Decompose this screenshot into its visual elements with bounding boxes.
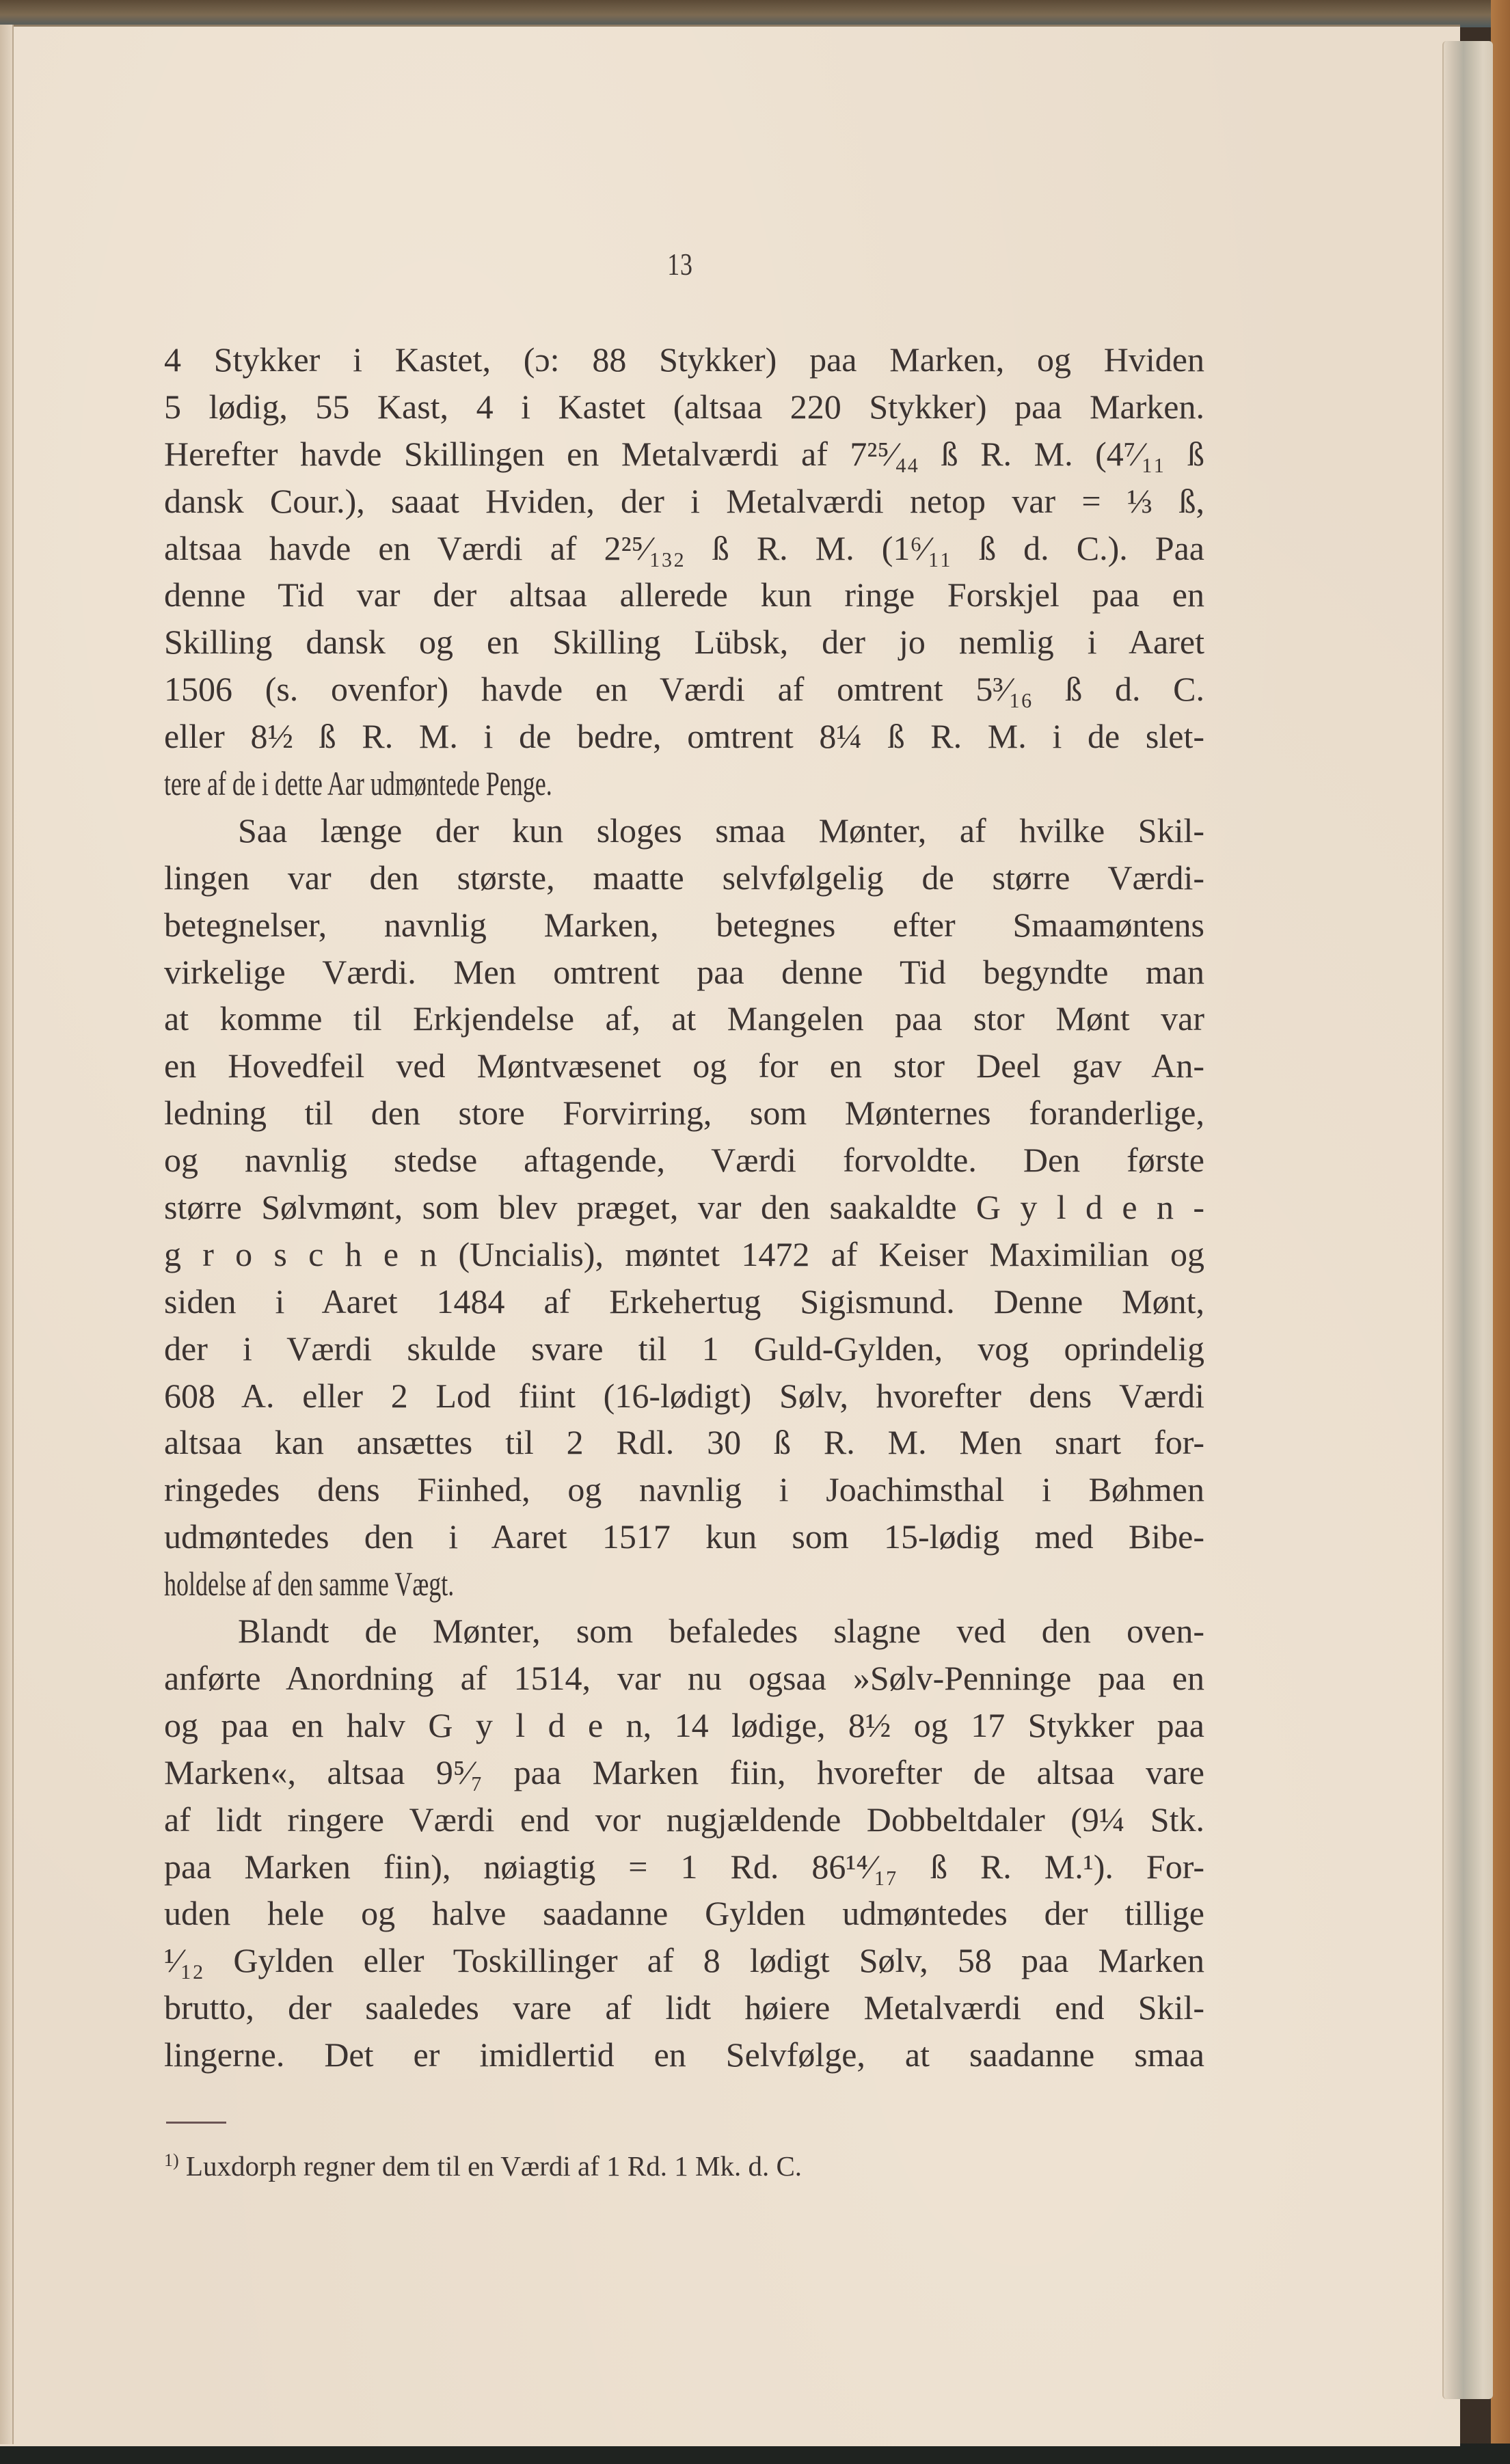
text-line: og paa en halv G y l d e n, 14 lødige, 8…	[164, 1702, 1204, 1749]
book-cover-top-edge	[0, 0, 1510, 27]
text-line: eller 8½ ß R. M. i de bedre, omtrent 8¼ …	[164, 713, 1204, 760]
page-number: 13	[662, 246, 699, 282]
text-line: udmøntedes den i Aaret 1517 kun som 15-l…	[164, 1513, 1204, 1560]
text-line: ¹⁄₁₂ Gylden eller Toskillinger af 8 lødi…	[164, 1937, 1204, 1984]
text-line: virkelige Værdi. Men omtrent paa denne T…	[164, 949, 1204, 996]
text-line: Herefter havde Skillingen en Metalværdi …	[164, 431, 1204, 478]
text-line: ledning til den store Forvirring, som Mø…	[164, 1089, 1204, 1137]
text-line: 608 A. eller 2 Lod fiint (16-lødigt) Søl…	[164, 1372, 1204, 1420]
text-line: uden hele og halve saadanne Gylden udmøn…	[164, 1890, 1204, 1937]
text-line: lingen var den største, maatte selvfølge…	[164, 854, 1204, 902]
footnote-marker: 1)	[164, 2150, 179, 2170]
text-line: Marken«, altsaa 9⁵⁄₇ paa Marken fiin, hv…	[164, 1749, 1204, 1796]
text-line: større Sølvmønt, som blev præget, var de…	[164, 1184, 1204, 1231]
text-line: betegnelser, navnlig Marken, betegnes ef…	[164, 902, 1204, 949]
text-line: 5 lødig, 55 Kast, 4 i Kastet (altsaa 220…	[164, 383, 1204, 431]
text-line: altsaa kan ansættes til 2 Rdl. 30 ß R. M…	[164, 1419, 1204, 1466]
text-line: der i Værdi skulde svare til 1 Guld-Gyld…	[164, 1325, 1204, 1372]
text-line: af lidt ringere Værdi end vor nugjældend…	[164, 1796, 1204, 1843]
text-line: lingerne. Det er imidlertid en Selvfølge…	[164, 2031, 1204, 2079]
footnote-text: Luxdorph regner dem til en Værdi af 1 Rd…	[186, 2150, 802, 2182]
text-line: en Hovedfeil ved Møntvæsenet og for en s…	[164, 1042, 1204, 1089]
text-line: siden i Aaret 1484 af Erkehertug Sigismu…	[164, 1278, 1204, 1325]
page-fore-edge	[1442, 41, 1493, 2399]
body-text: 4 Stykker i Kastet, (ɔ: 88 Stykker) paa …	[164, 336, 1204, 2079]
text-line: tere af de i dette Aar udmøntede Penge.	[164, 760, 552, 807]
text-line: 1506 (s. ovenfor) havde en Værdi af omtr…	[164, 666, 1204, 713]
text-line: paa Marken fiin), nøiagtig = 1 Rd. 86¹⁴⁄…	[164, 1843, 1204, 1891]
text-line: altsaa havde en Værdi af 2²⁵⁄₁₃₂ ß R. M.…	[164, 525, 1204, 572]
text-line: at komme til Erkjendelse af, at Mangelen…	[164, 995, 1204, 1042]
text-line: g r o s c h e n (Uncialis), møntet 1472 …	[164, 1231, 1204, 1278]
text-line: Blandt de Mønter, som befaledes slagne v…	[164, 1608, 1204, 1655]
text-line: denne Tid var der altsaa allerede kun ri…	[164, 571, 1204, 619]
text-line: Saa længe der kun sloges smaa Mønter, af…	[164, 807, 1204, 854]
book-cover-right-edge	[1491, 0, 1510, 2464]
text-line: holdelse af den samme Vægt.	[164, 1560, 454, 1608]
text-line: 4 Stykker i Kastet, (ɔ: 88 Stykker) paa …	[164, 336, 1204, 383]
footnote: 1) Luxdorph regner dem til en Værdi af 1…	[164, 2141, 1053, 2185]
page-gutter	[0, 25, 14, 2444]
text-line: ringedes dens Fiinhed, og navnlig i Joac…	[164, 1466, 1204, 1513]
text-line: Skilling dansk og en Skilling Lübsk, der…	[164, 619, 1204, 666]
text-line: anførte Anordning af 1514, var nu ogsaa …	[164, 1655, 1204, 1702]
text-line: og navnlig stedse aftagende, Værdi forvo…	[164, 1137, 1204, 1184]
footnote-divider	[166, 2122, 226, 2124]
text-line: dansk Cour.), saaat Hviden, der i Metalv…	[164, 478, 1204, 525]
text-line: brutto, der saaledes vare af lidt høiere…	[164, 1984, 1204, 2031]
background-surface	[0, 2443, 1510, 2464]
